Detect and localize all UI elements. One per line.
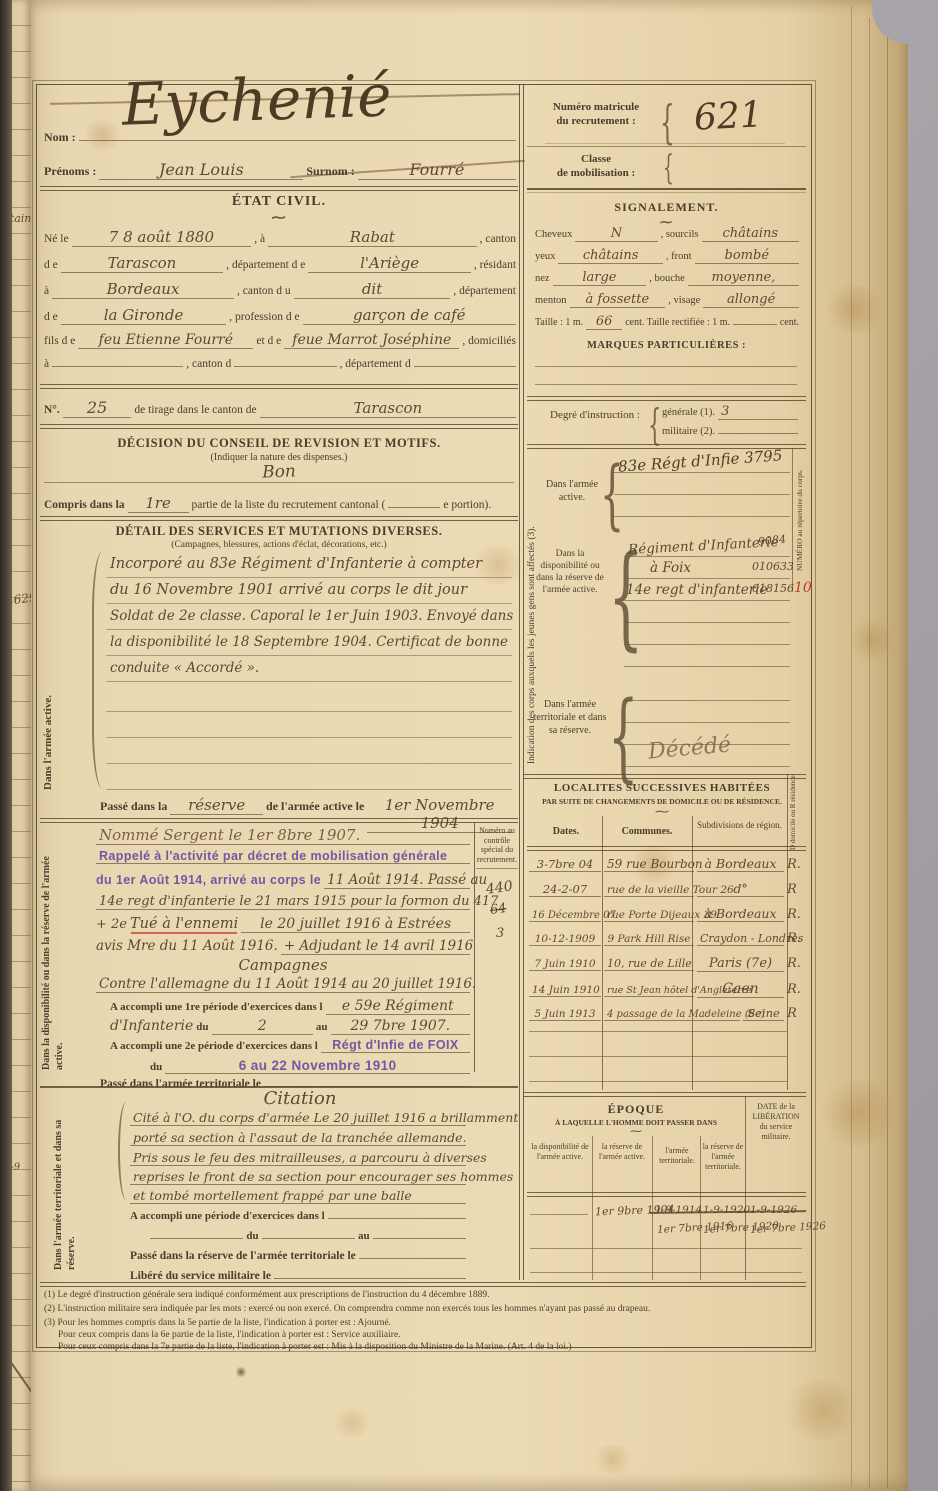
localites-row: 5 Juin 1913 4 passage de la Madeleine (8…: [529, 1006, 805, 1021]
loc-dr: R.: [787, 982, 805, 997]
label: , département d: [340, 358, 411, 370]
label: Cheveux: [535, 229, 572, 240]
rule: [535, 384, 797, 385]
label: d e: [44, 311, 58, 323]
localites-row: 7 Juin 1910 10, rue de Lille Paris (7e) …: [529, 956, 805, 972]
citation-bracket: [118, 1102, 130, 1200]
loc-subdivision: Craydon - Londres: [697, 932, 784, 946]
signalement-row-3: nezlarge , bouchemoyenne,: [535, 270, 799, 286]
etat-row-4: d ela Gironde , profession d egarçon de …: [44, 306, 516, 325]
avis-row: avis Mre du 11 Août 1916. + Adjudant le …: [96, 938, 470, 955]
corps-line: [624, 578, 790, 579]
name-row: Nom :: [44, 130, 516, 145]
label: Né le: [44, 233, 69, 245]
nez-value: large: [553, 270, 647, 286]
loc-dr: R.: [787, 857, 805, 872]
epoque-territoriale-date-old: 1-9-1914: [655, 1204, 702, 1216]
citation-text: et tombé mortellement frappé par une bal…: [130, 1188, 466, 1204]
rule: [40, 384, 518, 389]
exercice1-row2: d'Infanterie du 2 au 29 7bre 1907.: [110, 1018, 470, 1035]
epoque-title: ÉPOQUE: [530, 1102, 742, 1117]
stamp-row-2: du 1er Août 1914, arrivé au corps le 11 …: [96, 872, 470, 889]
label: Passé dans la réserve de l'armée territo…: [130, 1250, 356, 1262]
corps-line: [614, 472, 790, 473]
menton-value: à fossette: [570, 292, 666, 308]
localites-empty-row: [529, 1081, 787, 1082]
classe-brace: [663, 150, 685, 188]
scanned-register-page: châtains 4629 1-9 Eychenié Nom : Prénoms…: [0, 0, 938, 1491]
column-divider: [519, 84, 524, 1280]
loc-commune: 4 passage de la Madeleine (8e): [604, 1009, 740, 1021]
armee-active-label: Dans l'armée active.: [541, 478, 603, 504]
citation-text: Pris sous le feu des mitrailleuses, a pa…: [130, 1150, 466, 1166]
degre-militaire-row: militaire (2).: [662, 426, 798, 437]
exercice2-dates-stamp: 6 au 22 Novembre 1910: [165, 1058, 470, 1074]
page-edge-line: [887, 36, 888, 1488]
rule: [44, 482, 514, 483]
exercice2-regiment-stamp: Régt d'Infie de FOIX: [321, 1038, 470, 1053]
birth-date: 7 8 août 1880: [72, 228, 252, 247]
bouche-value: moyenne,: [688, 270, 799, 286]
rule: [535, 366, 797, 367]
rule: [527, 192, 806, 193]
stamp-row-1: Rappelé à l'activité par décret de mobil…: [96, 849, 470, 864]
label: N°.: [44, 404, 60, 416]
marques-title: MARQUES PARTICULIÈRES :: [527, 340, 806, 351]
visage-value: allongé: [703, 292, 799, 308]
label: , canton d: [186, 358, 231, 370]
passage-14e-entry: 14e regt d'infanterie le 21 mars 1915 po…: [96, 894, 470, 910]
exercice1-regiment2: d'Infanterie: [110, 1018, 193, 1034]
field: [359, 1258, 466, 1259]
profession: garçon de café: [303, 306, 516, 325]
rule: [40, 516, 518, 521]
localites-row: 16 Décembre 07 rue Porte Dijeaux 39 à Bo…: [529, 906, 805, 922]
firstnames-row: Prénoms : Jean Louis Surnom : Fourré: [44, 160, 516, 180]
service-entry-line: la disponibilité le 18 Septembre 1904. C…: [110, 634, 512, 660]
avis-entry: avis Mre du 11 Août 1916.: [96, 938, 278, 954]
citation-line: porté sa section à l'assaut de la tranch…: [130, 1130, 466, 1146]
name-label: Nom :: [44, 130, 76, 145]
tirage-canton: Tarascon: [260, 399, 516, 418]
prev-page-fragment: châtains: [12, 212, 33, 225]
label: partie de la liste du recrutement canton…: [192, 499, 386, 511]
label: , département d e: [226, 259, 305, 271]
label: d e: [44, 259, 58, 271]
rule: [40, 1282, 806, 1287]
squiggle: [530, 1124, 742, 1139]
epoque-col-border: [745, 1096, 746, 1280]
parents-departement: [414, 366, 516, 367]
rule: [527, 146, 806, 147]
corps-dispo-entry: à Foix: [650, 560, 691, 576]
label: yeux: [535, 251, 555, 262]
rule: [40, 818, 518, 823]
citation-line: et tombé mortellement frappé par une bal…: [130, 1188, 466, 1204]
service-entry-line: du 16 Novembre 1901 arrivé au corps le d…: [110, 582, 512, 608]
label: , à: [254, 233, 265, 245]
compris-row: Compris dans la1re partie de la liste du…: [44, 494, 516, 513]
corps-dispo-entry: 14e regt d'infanterie: [626, 582, 768, 598]
taille-rectifiee: [733, 324, 777, 325]
etat-row-5: fils d efeu Etienne Fourré et d efeue Ma…: [44, 332, 516, 349]
marginal-mark: + 2e: [96, 917, 127, 932]
etat-row-2: d eTarascon , département d el'Ariège , …: [44, 254, 516, 273]
tue-ennemi-date-place: le 20 juillet 1916 à Estrées: [241, 916, 470, 933]
name-value: [79, 140, 516, 141]
page-edge-line: [869, 18, 870, 1488]
signalement-row-4: mentonà fossette , visageallongé: [535, 292, 799, 308]
loc-dr: R: [787, 882, 805, 897]
localites-empty-row: [529, 1031, 787, 1032]
label: A accompli une 2e période d'exercices da…: [110, 1040, 318, 1052]
father-name: feu Etienne Fourré: [78, 332, 253, 349]
squiggle: [527, 804, 797, 821]
exercice1-date-start: 2: [212, 1018, 313, 1035]
residence-city: Bordeaux: [52, 280, 234, 299]
rule: [523, 774, 806, 779]
label: A accompli une période d'exercices dans …: [130, 1210, 325, 1222]
tue-ennemi-row: + 2e Tué à l'ennemi le 20 juillet 1916 à…: [96, 916, 470, 933]
corps-line: [624, 622, 790, 623]
repertoire-corps-label: NUMÉRO au répertoire du corps.: [795, 450, 804, 590]
loc-subdivision: Seine: [743, 1006, 784, 1021]
label: , canton: [480, 233, 516, 245]
service-bracket: [92, 552, 106, 788]
label: Compris dans la: [44, 499, 125, 511]
footnote-2: (2) L'instruction militaire sera indiqué…: [44, 1304, 804, 1314]
parents-domicile: [52, 366, 183, 367]
sergent-entry: Nommé Sergent le 1er 8bre 1907.: [96, 826, 470, 845]
footnote-5: Pour ceux compris dans la 7e partie de l…: [58, 1342, 804, 1352]
label: , résidant: [474, 259, 516, 271]
loc-subdivision: à Bordeaux: [697, 856, 784, 872]
rule: [527, 396, 806, 401]
matricule-number: 621: [693, 94, 764, 139]
label: , sourcils: [661, 229, 699, 240]
citation-text: reprises le front de sa section pour enc…: [130, 1169, 466, 1185]
epoque-empty-row: [530, 1248, 802, 1249]
corps-dispo-number: 010633: [752, 560, 794, 573]
epoque-col-1: la disponibilité de l'armée active.: [530, 1142, 590, 1162]
label: générale (1).: [662, 407, 715, 418]
corps-line: [624, 700, 790, 701]
epoque-col-2: la réserve de l'armée active.: [594, 1142, 650, 1162]
label: Passé dans la: [100, 799, 167, 814]
controle-subcolumn-border: [474, 822, 475, 1072]
label: Taille : 1 m.: [535, 317, 583, 328]
label: , bouche: [649, 273, 685, 284]
loc-dr: R.: [787, 931, 805, 946]
localites-col-dr: D domicile ou R résidence.: [789, 778, 805, 850]
parents-canton: [234, 366, 336, 367]
pen-stroke: [12, 1356, 33, 1406]
localites-col-subdivisions: Subdivisions de région.: [692, 820, 787, 831]
birth-departement: l'Ariège: [308, 254, 470, 273]
corps-dispo-number: 018156: [752, 582, 794, 595]
label: e portion).: [443, 499, 491, 511]
rule: [476, 868, 518, 869]
territoriale-side-label: Dans l'armée territoriale et dans sa rés…: [52, 1100, 80, 1270]
nickname-label: Surnom :: [306, 164, 354, 179]
etat-row-6: à , canton d , département d: [44, 358, 516, 370]
decision-title: DÉCISION DU CONSEIL DE REVISION ET MOTIF…: [40, 436, 518, 451]
loc-subdivision: Caen: [697, 981, 784, 998]
tirage-number: 25: [63, 398, 132, 418]
label: de l'armée active le: [266, 799, 364, 814]
field: [262, 1238, 355, 1239]
degre-generale-value: 3: [718, 404, 798, 420]
label: , profession d e: [229, 311, 299, 323]
cheveux-value: N: [575, 226, 657, 242]
corps-territoriale-label: Dans l'armée territoriale et dans sa rés…: [532, 698, 608, 737]
label: du: [246, 1230, 258, 1242]
localites-col-dates: Dates.: [530, 826, 602, 837]
controle-number: 3: [496, 926, 504, 941]
exercice-terr-dates-row: du au: [150, 1230, 466, 1242]
passage-14e-row: 14e regt d'infanterie le 21 mars 1915 po…: [96, 894, 470, 910]
loc-subdivision: Paris (7e): [697, 956, 784, 972]
services-subtitle: (Campagnes, blessures, actions d'éclat, …: [40, 540, 518, 550]
prev-page-fragment: 4629: [12, 590, 33, 608]
campagnes-heading: Campagnes: [96, 956, 470, 974]
localites-row: 14 Juin 1910 rue St Jean hôtel d'Anglete…: [529, 981, 805, 998]
exercice-terr-value: [328, 1218, 466, 1219]
liste-partie: 1re: [128, 494, 189, 513]
corps-line: [624, 600, 790, 601]
previous-page-edge: châtains 4629 1-9: [12, 0, 33, 1491]
corps-line: [624, 766, 790, 767]
mobilisation-stamp-line1: Rappelé à l'activité par décret de mobil…: [96, 849, 470, 864]
localites-row: 3-7bre 04 59 rue Bourbon à Bordeaux R.: [529, 856, 805, 872]
etat-row-1: Né le7 8 août 1880 , àRabat , canton: [44, 228, 516, 247]
corps-dispo-red-number: 10: [794, 580, 812, 596]
exercice2-row2: du 6 au 22 Novembre 1910: [150, 1058, 470, 1074]
label: A accompli une 1re période d'exercices d…: [110, 1001, 323, 1013]
footnote-1: (1) Le degré d'instruction générale sera…: [44, 1290, 804, 1300]
classe-label: Classede mobilisation :: [533, 152, 659, 180]
label: cent. Taille rectifiée : 1 m.: [625, 317, 730, 328]
matricule-brace: [660, 96, 689, 149]
services-title: DÉTAIL DES SERVICES ET MUTATIONS DIVERSE…: [40, 524, 518, 539]
label: nez: [535, 273, 550, 284]
corps-line: [624, 666, 790, 667]
label: à: [44, 358, 49, 370]
rule: [545, 143, 785, 144]
citation-text: porté sa section à l'assaut de la tranch…: [130, 1130, 466, 1146]
field: [274, 1278, 466, 1279]
campagne-allemagne-row: Contre l'allemagne du 11 Août 1914 au 20…: [96, 976, 470, 993]
label: de tirage dans le canton de: [134, 404, 256, 416]
label: , canton d u: [237, 285, 291, 297]
birth-canton: Tarascon: [61, 254, 223, 273]
exercice1-regiment: e 59e Régiment: [326, 998, 470, 1015]
rule: [527, 1192, 806, 1197]
exercice2-row: A accompli une 2e période d'exercices da…: [110, 1038, 470, 1053]
birth-place: Rabat: [268, 228, 477, 247]
service-entry-line: conduite « Accordé ».: [110, 660, 512, 686]
libere-row: Libéré du service militaire le: [130, 1270, 466, 1282]
localites-title: LOCALITES SUCCESSIVES HABITÉES: [527, 782, 797, 794]
degre-generale-row: générale (1).3: [662, 404, 798, 420]
surname-script: Eychenié: [121, 61, 393, 138]
sergent-row: Nommé Sergent le 1er 8bre 1907.: [96, 826, 470, 845]
localites-row: 24-2-07 rue de la vieille Tour 26 d° R: [529, 881, 805, 897]
exercice1-date-end: 29 7bre 1907.: [331, 1018, 471, 1035]
rule: [527, 846, 806, 851]
epoque-empty-row: [530, 1272, 802, 1273]
sourcils-value: châtains: [702, 226, 800, 242]
adjudant-entry: + Adjudant le 14 avril 1916: [281, 938, 470, 955]
loc-dr: R: [787, 1006, 805, 1021]
epoque-col-3: l'armée territoriale.: [654, 1146, 700, 1166]
loc-commune: rue St Jean hôtel d'Angleterre: [604, 985, 694, 997]
matricule-label: Numéro matriculedu recrutement :: [533, 100, 659, 128]
residence-departement: la Gironde: [61, 306, 227, 325]
label: , front: [666, 251, 692, 262]
loc-date: 5 Juin 1913: [529, 1008, 601, 1021]
epoque-empty-row: [530, 1214, 588, 1215]
signalement-row-1: CheveuxN , sourcilschâtains: [535, 226, 799, 242]
citation-text: Cité à l'O. du corps d'armée Le 20 juill…: [130, 1110, 466, 1126]
etat-civil-title: ÉTAT CIVIL.: [40, 194, 518, 227]
label: à: [44, 285, 49, 297]
citation-line: Cité à l'O. du corps d'armée Le 20 juill…: [130, 1110, 466, 1126]
page-edge-line: [851, 6, 852, 1486]
tirage-row: N°.25 de tirage dans le canton deTarasco…: [44, 398, 516, 418]
service-blank-rules: [106, 686, 512, 790]
rule: [40, 424, 518, 429]
passe-reserve-value: réserve: [170, 796, 263, 815]
loc-date: 14 Juin 1910: [529, 984, 601, 997]
loc-subdivision: d°: [697, 881, 784, 897]
footnote-3: (3) Pour les hommes compris dans la 5e p…: [44, 1318, 804, 1328]
citation-line: reprises le front de sa section pour enc…: [130, 1169, 466, 1185]
loc-commune: 59 rue Bourbon: [604, 857, 694, 872]
controle-header: Numéro au contrôle spécial du recrutemen…: [476, 826, 518, 864]
rule: [40, 186, 518, 191]
loc-date: 16 Décembre 07: [529, 910, 601, 922]
firstnames-value: Jean Louis: [99, 160, 303, 180]
rule: [523, 1092, 806, 1097]
nickname-value: Fourré: [358, 160, 516, 180]
loc-commune: rue de la vieille Tour 26: [604, 884, 694, 897]
label: et d e: [256, 335, 281, 347]
epoque-col-4: la réserve de l'armée territoriale.: [702, 1142, 744, 1172]
loc-dr: R.: [787, 907, 805, 922]
corps-line: [624, 722, 790, 723]
footnote-4: Pour ceux compris dans la 6e partie de l…: [58, 1330, 804, 1340]
arrivee-corps-date: 11 Août 1914. Passé au: [324, 872, 470, 889]
label: au: [358, 1230, 370, 1242]
loc-commune: 9 Park Hill Rise: [604, 933, 694, 946]
taille-value: 66: [586, 314, 622, 330]
corps-line: [624, 644, 790, 645]
loc-subdivision: à Bordeaux: [697, 906, 784, 922]
loc-commune: rue Porte Dijeaux 39: [604, 909, 694, 922]
label: fils d e: [44, 335, 75, 347]
taille-row: Taille : 1 m.66 cent. Taille rectifiée :…: [535, 314, 799, 330]
front-value: bombé: [695, 248, 799, 264]
corps-line: [624, 556, 790, 557]
label: menton: [535, 295, 567, 306]
corps-dispo-label: Dans la disponibilité ou dans la réserve…: [532, 548, 608, 596]
degre-label: Degré d'instruction :: [545, 408, 645, 423]
loc-date: 7 Juin 1910: [529, 958, 601, 971]
label: du: [196, 1021, 208, 1033]
label: du: [150, 1061, 162, 1073]
loc-dr: R.: [787, 956, 805, 971]
portion: [388, 507, 440, 508]
mobilisation-stamp-line2: du 1er Août 1914, arrivé au corps le: [96, 873, 321, 887]
mother-name: feue Marrot Joséphine: [284, 332, 459, 349]
citation-title: Citation: [150, 1088, 450, 1109]
localites-col-communes: Communes.: [602, 826, 692, 837]
corps-line: [614, 494, 790, 495]
localites-empty-row: [529, 1056, 787, 1057]
label: , domiciliés: [462, 335, 516, 347]
passe-reserve-terr-row: Passé dans la réserve de l'armée territo…: [130, 1250, 466, 1262]
service-entry-line: Incorporé au 83e Régiment d'Infanterie à…: [110, 556, 512, 582]
disponibilite-side-label: Dans la disponibilité ou dans la réserve…: [40, 828, 70, 1070]
yeux-value: châtains: [558, 248, 662, 264]
epoque-date-label: DATE de la LIBÉRATION du service militai…: [748, 1102, 804, 1142]
corps-line: [614, 516, 790, 517]
label: , département: [453, 285, 516, 297]
residence-canton: dit: [294, 280, 451, 299]
label: , visage: [668, 295, 700, 306]
loc-date: 24-2-07: [529, 882, 601, 897]
label: cent.: [780, 317, 799, 328]
loc-commune: 10, rue de Lille: [604, 957, 694, 971]
loc-date: 10-12-1909: [529, 933, 601, 946]
tue-ennemi-entry: Tué à l'ennemi: [130, 916, 238, 932]
exercice-terr-row: A accompli une période d'exercices dans …: [130, 1210, 466, 1222]
armee-active-side-label: Dans l'armée active.: [42, 560, 54, 790]
exercice1-row: A accompli une 1re période d'exercices d…: [110, 998, 470, 1015]
citation-line: Pris sous le feu des mitrailleuses, a pa…: [130, 1150, 466, 1166]
localites-row: 10-12-1909 9 Park Hill Rise Craydon - Lo…: [529, 931, 805, 946]
signalement-row-2: yeuxchâtains , frontbombé: [535, 248, 799, 264]
campagne-allemagne-entry: Contre l'allemagne du 11 Août 1914 au 20…: [96, 976, 470, 993]
firstnames-label: Prénoms :: [44, 164, 96, 179]
degre-militaire-value: [718, 433, 798, 434]
label: militaire (2).: [662, 426, 715, 437]
loc-date: 3-7bre 04: [529, 857, 601, 872]
field: [150, 1238, 243, 1239]
label: au: [316, 1021, 328, 1033]
service-entry-line: Soldat de 2e classe. Caporal le 1er Juin…: [110, 608, 512, 634]
etat-row-3: àBordeaux , canton d udit , département: [44, 280, 516, 299]
prev-page-fragment: 1-9: [12, 1162, 20, 1173]
book-binding: [0, 0, 12, 1491]
label: Libéré du service militaire le: [130, 1270, 271, 1282]
epoque-col-border: [592, 1136, 593, 1280]
field: [373, 1238, 466, 1239]
